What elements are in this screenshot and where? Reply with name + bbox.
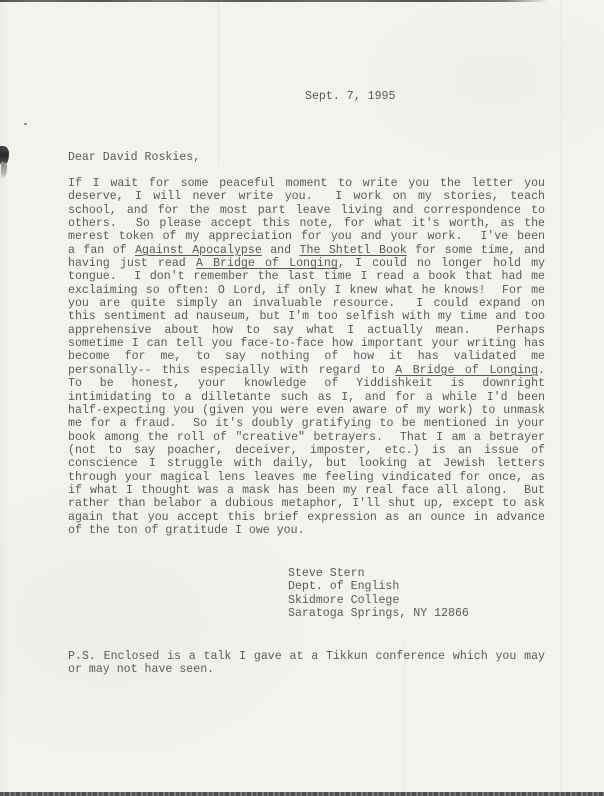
letter-date: Sept. 7, 1995: [305, 90, 395, 103]
paper-speck: [24, 123, 27, 125]
underlined-book-title: Against Apocalypse: [135, 244, 262, 257]
letter-line: P.S. Enclosed is a talk I gave at a Tikk…: [68, 650, 545, 663]
letter-line: Skidmore College: [288, 594, 469, 607]
underlined-book-title: A Bridge of Longing: [395, 364, 538, 377]
letter-line: sometime I can tell you face-to-face how…: [68, 337, 545, 350]
letter-line: me for a fraud. So it's doubly gratifyin…: [68, 417, 545, 430]
letter-line: exclaiming so often: O Lord, if only I k…: [68, 284, 545, 297]
text-segment: having just read: [68, 257, 196, 270]
letter-line: tongue. I don't remember the last time I…: [68, 270, 545, 283]
underlined-book-title: A Bridge of Longing: [196, 257, 338, 270]
letter-body: If I wait for some peaceful moment to wr…: [68, 177, 545, 537]
letter-line: you are quite simply an invaluable resou…: [68, 297, 545, 310]
letter-salutation: Dear David Roskies,: [68, 151, 200, 164]
letter-line: If I wait for some peaceful moment to wr…: [68, 177, 545, 190]
scan-edge-top: [0, 0, 548, 2]
letter-line: half-expecting you (given you were even …: [68, 404, 545, 417]
letter-line: Dept. of English: [288, 580, 469, 593]
text-segment: .: [538, 364, 545, 377]
letter-line: rather than belabor a dubious metaphor, …: [68, 497, 545, 510]
text-segment: , I could no longer hold my: [338, 257, 545, 270]
text-segment: and: [262, 244, 300, 257]
letter-line: school, and for the most part leave livi…: [68, 204, 545, 217]
letter-line: To be honest, your knowledge of Yiddishk…: [68, 377, 545, 390]
letter-line: book among the roll of "creative" betray…: [68, 431, 545, 444]
text-segment: personally-- this especially with regard…: [68, 364, 395, 377]
postscript-block: P.S. Enclosed is a talk I gave at a Tikk…: [68, 650, 545, 677]
letter-line: others. So please accept this note, for …: [68, 217, 545, 230]
scan-left-shade: [0, 0, 8, 796]
letter-line: conscience I struggle with daily, but lo…: [68, 457, 545, 470]
letter-line: merest token of my appreciation for you …: [68, 230, 545, 243]
signature-block: Steve SternDept. of EnglishSkidmore Coll…: [288, 567, 469, 620]
paper-crease: [218, 0, 219, 165]
letter-line: (not to say poacher, deceiver, imposter,…: [68, 444, 545, 457]
letter-line: if what I thought was a mask has been my…: [68, 484, 545, 497]
letter-line: or may not have seen.: [68, 663, 545, 676]
letter-line: having just read A Bridge of Longing, I …: [68, 257, 545, 270]
letter-line: become for me, to say nothing of how it …: [68, 350, 545, 363]
text-segment: for some time, and: [407, 244, 545, 257]
letter-line: again that you accept this brief express…: [68, 511, 545, 524]
letter-line: of the ton of gratitude I owe you.: [68, 524, 545, 537]
scan-edge-bottom: [0, 792, 604, 796]
letter-line: Steve Stern: [288, 567, 469, 580]
underlined-book-title: The Shtetl Book: [300, 244, 407, 257]
text-segment: a fan of: [68, 244, 135, 257]
letter-line: personally-- this especially with regard…: [68, 364, 545, 377]
letter-line: this sentiment ad nauseum, but I'm too s…: [68, 310, 545, 323]
letter-line: apprehensive about how to say what I act…: [68, 324, 545, 337]
letter-line: deserve, I will never write you. I work …: [68, 190, 545, 203]
paper-crease: [561, 0, 562, 796]
letter-line: through your magical lens leaves me feel…: [68, 471, 545, 484]
letter-line: Saratoga Springs, NY 12866: [288, 607, 469, 620]
scanned-letter-page: Sept. 7, 1995 Dear David Roskies, If I w…: [0, 0, 604, 796]
letter-line: a fan of Against Apocalypse and The Shte…: [68, 244, 545, 257]
letter-line: intimidating to a dilletante such as I, …: [68, 391, 545, 404]
